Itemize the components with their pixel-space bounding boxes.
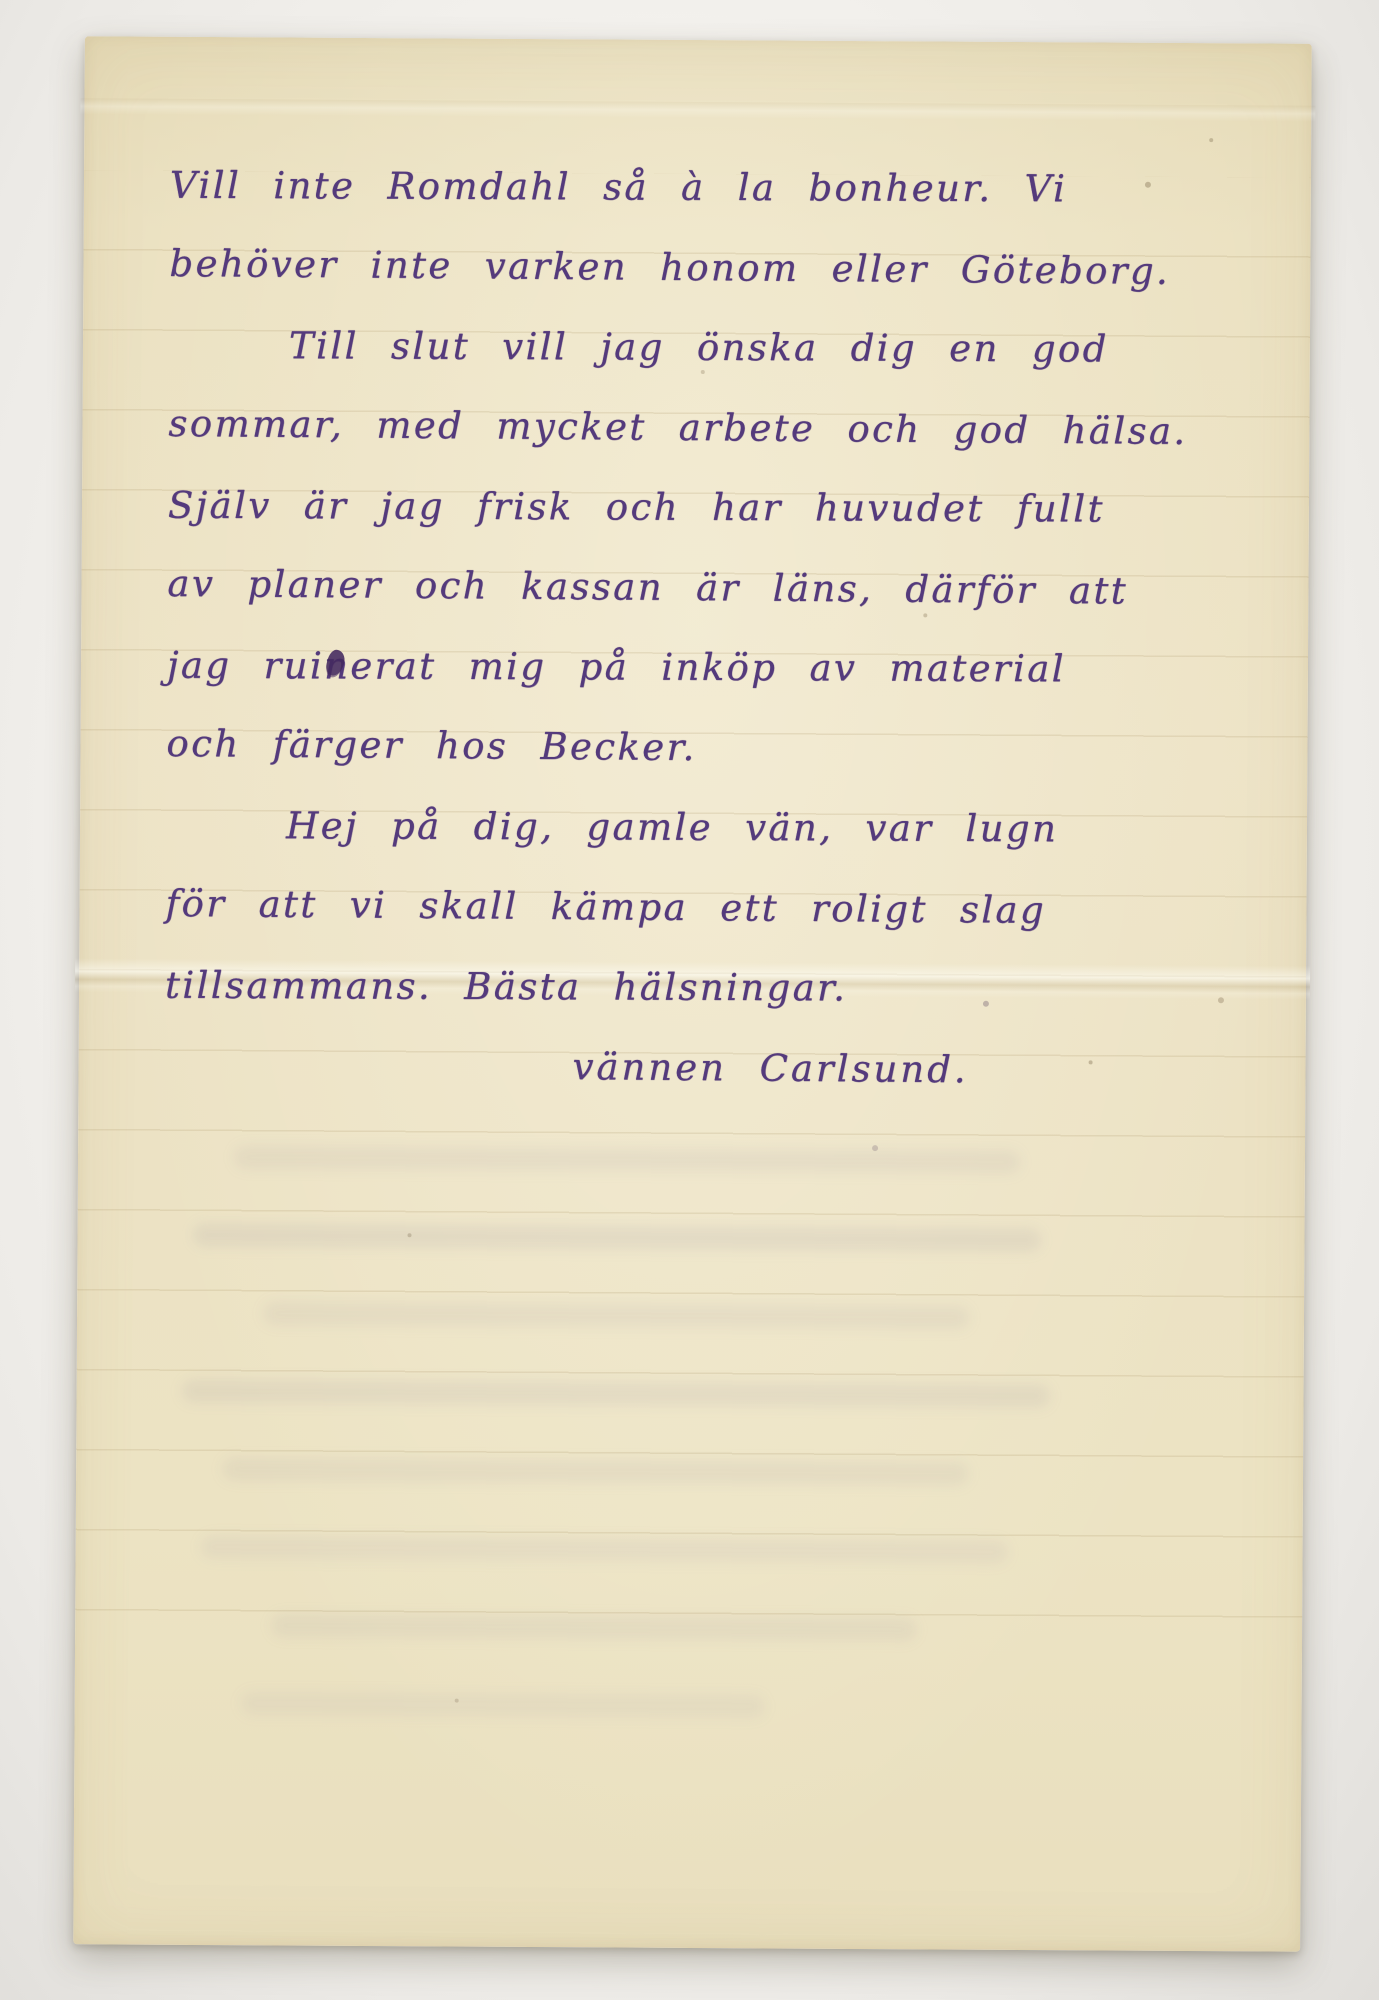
handwriting-line-5: Själv är jag frisk och har huvudet fullt [168,466,1088,550]
handwriting-line-11: tillsammans. Bästa hälsningar. [165,946,1085,1030]
handwriting-line-4: sommar, med mycket arbete och god hälsa. [168,384,1089,471]
handwriting-line-7: jag ruinerat mig på inköp av material [167,626,1087,710]
bleed-smudge [263,1301,970,1329]
bleed-smudge [222,1457,970,1486]
handwriting-line-6: av planer och kassan är läns, därför att [167,544,1088,631]
bleed-smudge [234,1145,1022,1174]
handwriting-line-3: Till slut vill jag önska dig en god [169,306,1089,390]
paper-specks [85,36,89,40]
handwriting-line-8: och färger hos Becker. [166,704,1087,791]
bleed-smudge [193,1223,1042,1252]
handwriting-line-2: behöver inte varken honom eller Göteborg… [169,224,1090,311]
letter-text: Vill inte Romdahl så à la bonheur. Vi be… [164,145,1090,1111]
photo-backdrop: { "photo": { "backdrop_color": "#eceae6"… [0,0,1379,2000]
bleed-smudge [271,1613,918,1641]
fold-crease-top [80,98,1315,122]
bleed-smudge [201,1535,1009,1564]
signature-line: vännen Carlsund. [164,1024,1085,1111]
bleed-through [169,1145,1183,1775]
handwriting-line-10: för att vi skall kämpa ett roligt slag [165,864,1086,951]
bleed-smudge [240,1691,765,1718]
handwriting-line-9: Hej på dig, gamle vän, var lugn [166,786,1086,870]
bleed-smudge [182,1379,1051,1408]
letter-paper: Vill inte Romdahl så à la bonheur. Vi be… [73,36,1312,1951]
handwriting-line-1: Vill inte Romdahl så à la bonheur. Vi [170,146,1090,230]
